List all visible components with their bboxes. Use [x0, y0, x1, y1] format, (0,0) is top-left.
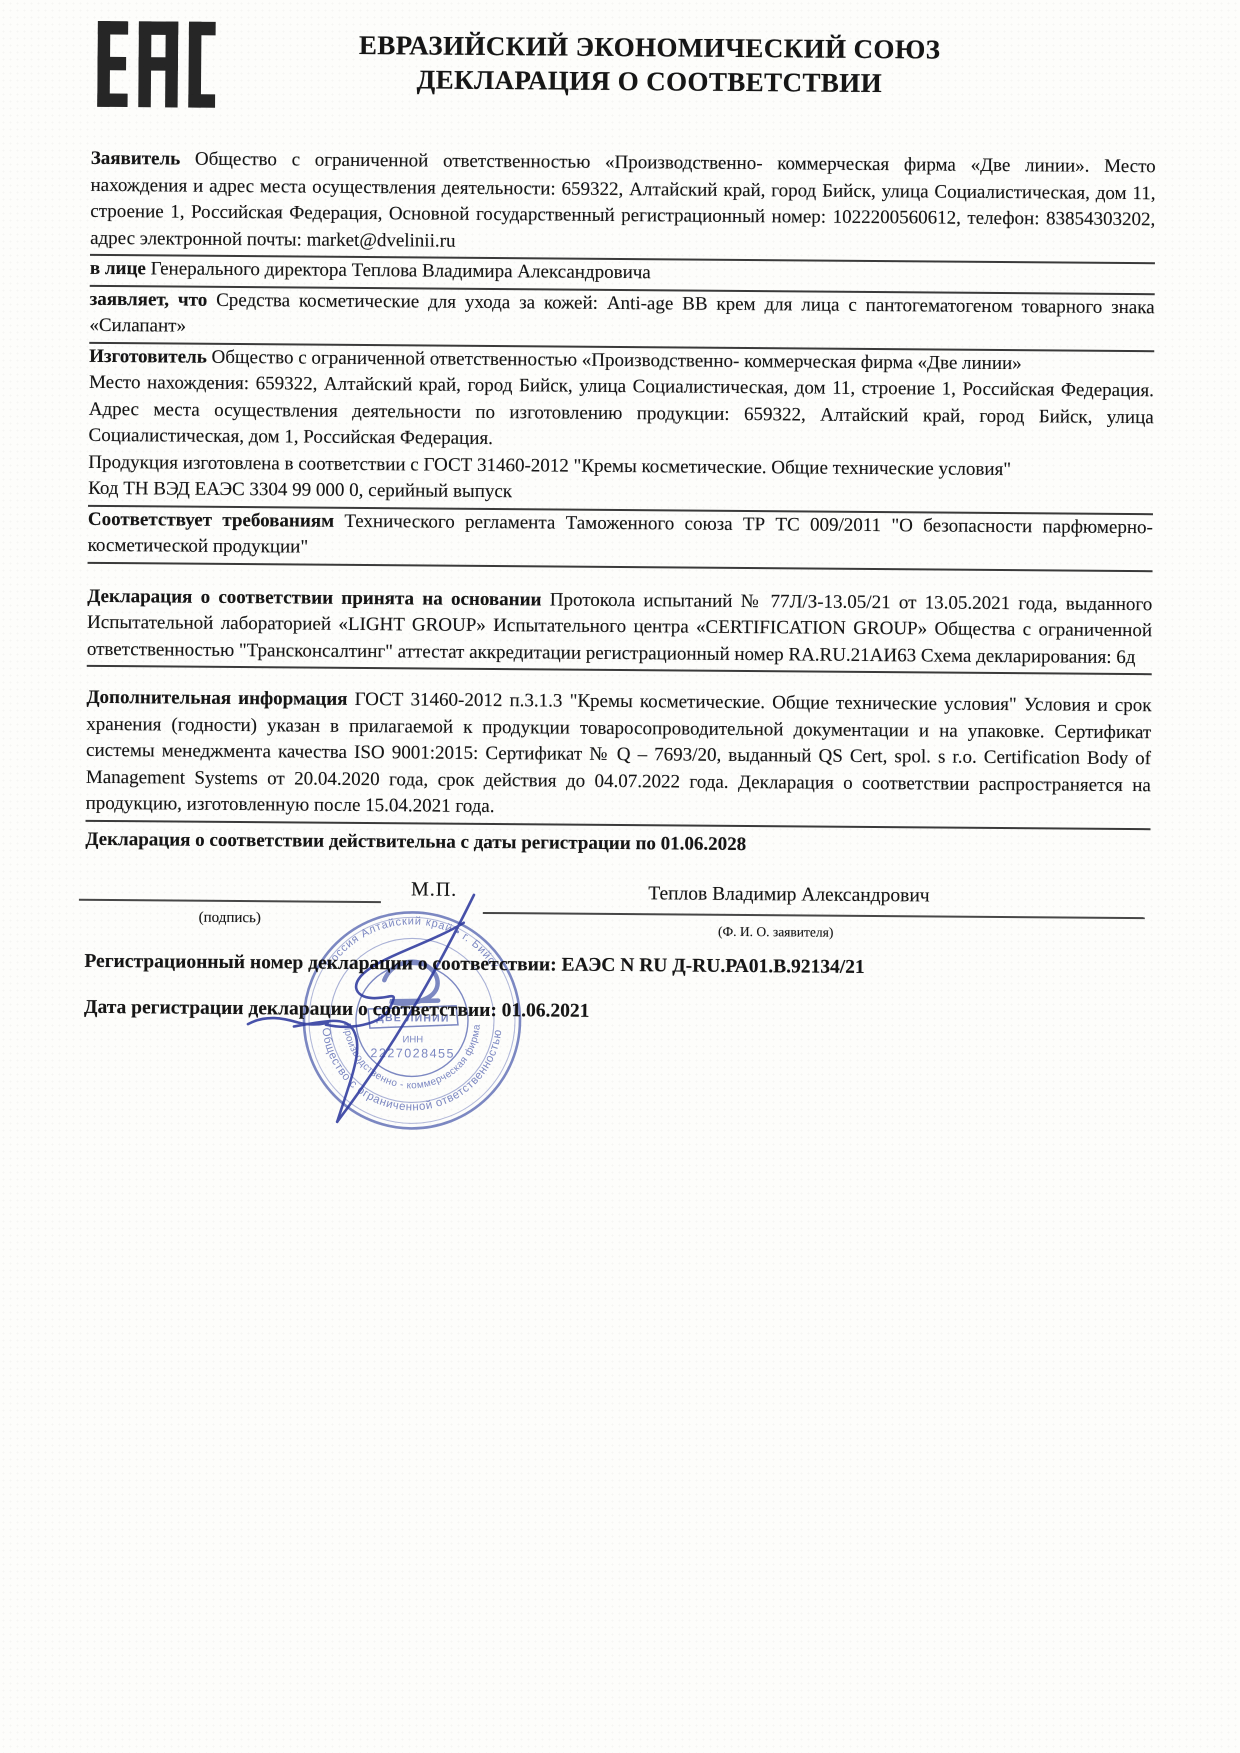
in-person-label: в лице — [90, 258, 146, 279]
svg-text:ИНН: ИНН — [403, 1034, 424, 1045]
signature-caption: (подпись) — [79, 904, 381, 933]
applicant-text: Общество с ограниченной ответственностью… — [90, 149, 1156, 252]
declaration-of-conformity-document: ЕВРАЗИЙСКИЙ ЭКОНОМИЧЕСКИЙ СОЮЗ ДЕКЛАРАЦИ… — [0, 0, 1240, 1753]
additional-info-label: Дополнительная информация — [86, 687, 347, 710]
signer-name: Теплов Владимир Александрович — [458, 880, 1120, 912]
signature-block: М.П. (подпись) Теплов Владимир Александр… — [85, 853, 1151, 957]
section-declares: заявляет, что Средства косметические для… — [89, 286, 1154, 347]
declares-text: Средства косметические для ухода за коже… — [89, 289, 1154, 336]
applicant-label: Заявитель — [91, 148, 181, 170]
manufacturer-location-text: Место нахождения: 659322, Алтайский край… — [88, 370, 1154, 458]
section-additional-info: Дополнительная информация ГОСТ 31460-201… — [86, 685, 1152, 826]
section-manufacturer: Изготовитель Общество с ограниченной отв… — [88, 343, 1154, 510]
section-basis: Декларация о соответствии принята на осн… — [87, 583, 1153, 671]
manufacturer-text: Общество с ограниченной ответственностью… — [211, 346, 1021, 373]
scanned-page-content: ЕВРАЗИЙСКИЙ ЭКОНОМИЧЕСКИЙ СОЮЗ ДЕКЛАРАЦИ… — [0, 0, 1240, 1753]
svg-text:Производственно - коммерческая: Производственно - коммерческая фирма — [340, 1022, 482, 1091]
document-body: Заявитель Общество с ограниченной ответс… — [84, 0, 1157, 1029]
manufacturer-label: Изготовитель — [89, 345, 207, 367]
signature-line — [79, 899, 381, 903]
section-applicant: Заявитель Общество с ограниченной ответс… — [90, 146, 1156, 260]
svg-text:2227028455: 2227028455 — [370, 1046, 455, 1061]
declares-label: заявляет, что — [90, 288, 208, 310]
signer-name-caption: (Ф. И. О. заявителя) — [445, 917, 1107, 949]
section-complies: Соответствует требованиям Технического р… — [88, 506, 1153, 567]
stamp-place-label: М.П. — [411, 876, 457, 903]
complies-label: Соответствует требованиям — [88, 508, 334, 531]
registration-date-line: Дата регистрации декларации о соответств… — [84, 994, 1149, 1029]
basis-label: Декларация о соответствии принята на осн… — [87, 585, 541, 610]
svg-text:Общество с ограниченной ответс: Общество с ограниченной ответственностью — [319, 1027, 505, 1114]
in-person-text: Генерального директора Теплова Владимира… — [151, 258, 651, 283]
